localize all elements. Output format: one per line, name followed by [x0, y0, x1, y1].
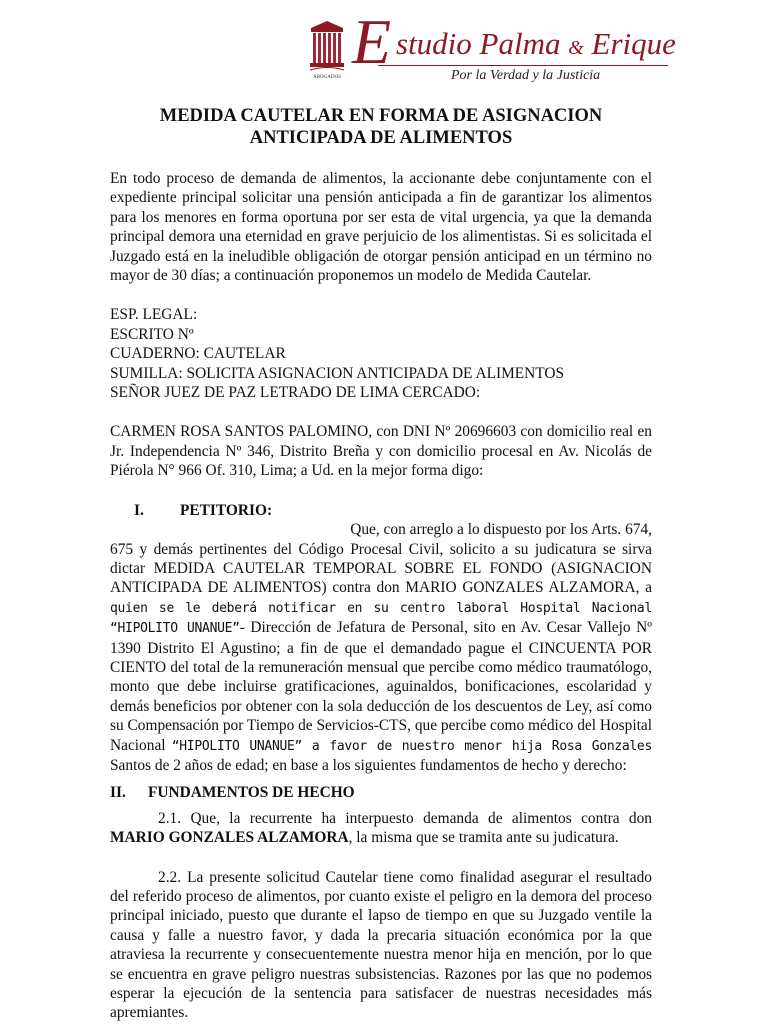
- filing-header: ESP. LEGAL: ESCRITO Nº CUADERNO: CAUTELA…: [110, 305, 652, 402]
- section-heading-fundamentos: II. FUNDAMENTOS DE HECHO: [110, 783, 652, 802]
- title-line-1: MEDIDA CAUTELAR EN FORMA DE ASIGNACION: [110, 105, 652, 127]
- defendant-name: MARIO GONZALES ALZAMORA: [110, 829, 349, 846]
- logo-divider: [378, 65, 668, 66]
- petitorio-text: “HIPOLITO UNANUE” a favor de nuestro men…: [172, 739, 652, 754]
- header-line: ESP. LEGAL:: [110, 305, 652, 324]
- temple-column-icon: ABOGADOS: [308, 20, 346, 80]
- firm-name: studio Palma & Erique: [396, 28, 676, 59]
- section-title: PETITORIO:: [180, 501, 272, 520]
- section-title: FUNDAMENTOS DE HECHO: [148, 783, 355, 802]
- paragraph-2-1: 2.1. Que, la recurrente ha interpuesto d…: [110, 809, 652, 848]
- paragraph-text: 2.1. Que, la recurrente ha interpuesto d…: [158, 810, 652, 827]
- firm-name-part2: Erique: [592, 26, 676, 61]
- header-line: ESCRITO Nº: [110, 325, 652, 344]
- petitorio-first-line: Que, con arreglo a lo dispuesto por los …: [110, 520, 652, 539]
- section-number: I.: [110, 501, 180, 520]
- svg-text:ABOGADOS: ABOGADOS: [313, 75, 341, 80]
- petitorio-paragraph: 675 y demás pertinentes del Código Proce…: [110, 540, 652, 776]
- petitorio-text: - Dirección de Jefatura de Personal, sit…: [110, 619, 652, 753]
- paragraph-2-2: 2.2. La presente solicitud Cautelar tien…: [110, 868, 652, 1023]
- petitorio-text: 675 y demás pertinentes del Código Proce…: [110, 541, 652, 597]
- section-number: II.: [110, 783, 148, 802]
- firm-name-part1: studio Palma: [396, 26, 560, 61]
- section-heading-petitorio: I. PETITORIO:: [110, 501, 652, 520]
- party-introduction: CARMEN ROSA SANTOS PALOMINO, con DNI Nº …: [110, 422, 652, 480]
- firm-logo: ABOGADOS E studio Palma & Erique Por la …: [308, 18, 668, 84]
- petitorio-text: Santos de 2 años de edad; en base a los …: [110, 757, 627, 774]
- firm-name-ampersand: &: [568, 37, 584, 59]
- document-body: MEDIDA CAUTELAR EN FORMA DE ASIGNACION A…: [110, 100, 652, 1023]
- intro-paragraph: En todo proceso de demanda de alimentos,…: [110, 169, 652, 285]
- firm-tagline: Por la Verdad y la Justicia: [451, 68, 600, 84]
- title-line-2: ANTICIPADA DE ALIMENTOS: [110, 127, 652, 149]
- paragraph-text: , la misma que se tramita ante su judica…: [349, 829, 619, 846]
- document-title: MEDIDA CAUTELAR EN FORMA DE ASIGNACION A…: [110, 105, 652, 149]
- header-line: SEÑOR JUEZ DE PAZ LETRADO DE LIMA CERCAD…: [110, 383, 652, 402]
- header-line: CUADERNO: CAUTELAR: [110, 344, 652, 363]
- header-line: SUMILLA: SOLICITA ASIGNACION ANTICIPADA …: [110, 364, 652, 383]
